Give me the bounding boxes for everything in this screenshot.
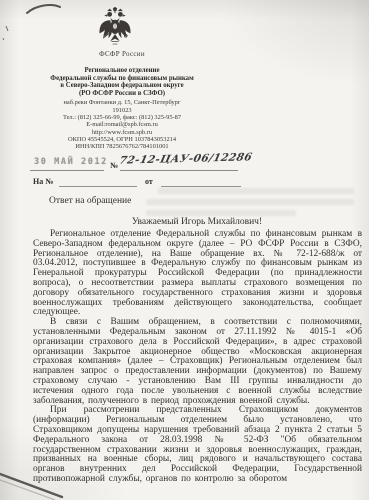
date-blank-line: 30 МАЙ 2012 [30,155,104,171]
date-stamp: 30 МАЙ 2012 [34,157,108,167]
page-fold-crease-icon [0,460,90,500]
letter-body: Региональное отделение Федеральной служб… [33,230,362,485]
incoming-number-label: На № [33,177,53,186]
number-sign: № [110,161,118,170]
org-phone-fax: Тел.: (812) 325-66-99, факс: (812) 325-9… [14,114,230,121]
bleed-through-artifact [158,188,354,194]
incoming-date-blank [161,176,241,187]
org-inn-kpp: ИНН/КПП 7825676762/784101001 [14,143,230,150]
incoming-date-label: от [145,177,153,186]
org-short-name: ФСФР России [14,50,230,58]
scanned-letter-page: ФСФР России Региональное отделение Федер… [0,0,369,500]
org-name-line: Федеральной службы по финансовым рынкам [14,75,230,83]
number-blank-line: 72-12-ЦАУ-06/12286 [120,155,238,171]
org-okpo-ogrn: ОКПО 45545524, ОГРН 1037843053214 [14,136,230,143]
org-postcode: 191023 [14,107,230,114]
letter-subject: Ответ на обращение [49,196,131,206]
letterhead: ФСФР России Региональное отделение Федер… [14,50,230,150]
org-name-line: в Северо-Западном федеральном округе [14,82,230,90]
outgoing-reference-row: 30 МАЙ 2012 № 72-12-ЦАУ-06/12286 [28,155,348,177]
org-email: E-mail:romail@spb.fcsm.ru [14,121,230,128]
handwritten-outgoing-number: 72-12-ЦАУ-06/12286 [118,151,251,166]
paragraph-1: Региональное отделение Федеральной служб… [33,230,362,318]
org-address-line: наб.реки Фонтанки д. 15, Санкт-Петербург [14,99,230,106]
org-name-line: (РО ФСФР России в СЗФО) [14,90,230,98]
bleed-through-artifact [146,199,354,205]
salutation: Уважаемый Игорь Михайлович! [33,217,361,227]
org-website: http://www.fcsm.spb.ru [14,129,230,136]
org-contact-block: наб.реки Фонтанки д. 15, Санкт-Петербург… [14,99,230,150]
paragraph-2: В связи с Вашим обращением, в соответств… [33,318,362,406]
org-name-line: Региональное отделение [14,67,230,75]
russian-coat-of-arms-icon [96,7,134,49]
bleed-through-artifact [146,210,296,216]
incoming-number-blank [59,176,137,187]
org-full-name: Региональное отделение Федеральной служб… [14,67,230,97]
